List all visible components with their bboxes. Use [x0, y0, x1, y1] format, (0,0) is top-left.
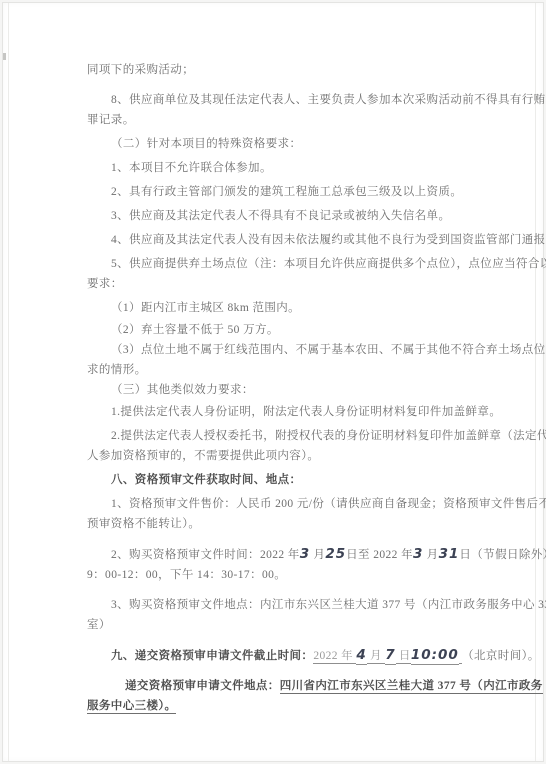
- doc-line: 递交资格预审申请文件地点：四川省内江市东兴区兰桂大道 377 号（内江市政务: [87, 676, 495, 696]
- printed-text: 8、供应商单位及其现任法定代表人、主要负责人参加本次采购活动前不得具有行贿犯: [111, 94, 546, 106]
- doc-line: 服务中心三楼）。: [87, 696, 495, 716]
- printed-text: 要求：: [87, 278, 123, 290]
- page-edge-right: [535, 3, 536, 761]
- handwritten-text: 3: [300, 546, 310, 562]
- printed-text: 3、供应商及其法定代表人不得具有不良记录或被纳入失信名单。: [111, 210, 450, 222]
- printed-text: 罪记录。: [87, 114, 135, 126]
- printed-text: 室）: [87, 619, 111, 631]
- doc-line: （3）点位土地不属于红线范围内、不属于基本农田、不属于其他不符合弃土场点位要: [87, 340, 495, 360]
- printed-text: 1.提供法定代表人身份证明，附法定代表人身份证明材料复印件加盖鲜章。: [111, 406, 501, 418]
- doc-line: （2）弃土容量不低于 50 万方。: [87, 320, 495, 340]
- printed-text: 日（节假日除外），上午: [459, 549, 546, 561]
- page-edge-left: [8, 3, 9, 761]
- doc-line: 八、资格预审文件获取时间、地点：: [87, 470, 495, 490]
- printed-text: 3、购买资格预审文件地点：内江市东兴区兰桂大道 377 号（内江市政务服务中心 …: [111, 599, 546, 611]
- doc-line: （三）其他类似效力要求：: [87, 380, 495, 400]
- printed-text: 四川省内江市东兴区兰桂大道 377 号（内江市政务: [280, 680, 543, 694]
- doc-line: （1）距内江市主城区 8km 范围内。: [87, 298, 495, 318]
- doc-line: 罪记录。: [87, 110, 495, 130]
- doc-line: 1、资格预审文件售价：人民币 200 元/份（请供应商自备现金；资格预审文件售后…: [87, 494, 495, 514]
- handwritten-text: 3: [413, 546, 423, 562]
- doc-line: 1、本项目不允许联合体参加。: [87, 158, 495, 178]
- printed-text: （1）距内江市主城区 8km 范围内。: [111, 302, 300, 314]
- printed-text: 递交资格预审申请文件地点：: [125, 680, 280, 692]
- printed-text: 日至 2022 年: [346, 549, 413, 561]
- doc-line: 3、供应商及其法定代表人不得具有不良记录或被纳入失信名单。: [87, 206, 495, 226]
- printed-text: 9：00-12：00，下午 14：30-17：00。: [87, 569, 286, 581]
- doc-line: 求的情形。: [87, 360, 495, 380]
- doc-line: 1.提供法定代表人身份证明，附法定代表人身份证明材料复印件加盖鲜章。: [87, 402, 495, 422]
- printed-text: 日: [396, 650, 411, 664]
- doc-line: 同项下的采购活动；: [87, 60, 495, 80]
- document-text-body: 同项下的采购活动；8、供应商单位及其现任法定代表人、主要负责人参加本次采购活动前…: [87, 60, 495, 716]
- doc-line: 九、递交资格预审申请文件截止时间：2022 年 4 月 7 日10:00 （北京…: [87, 645, 495, 666]
- doc-line: 2、具有行政主管部门颁发的建筑工程施工总承包三级及以上资质。: [87, 182, 495, 202]
- doc-line: 9：00-12：00，下午 14：30-17：00。: [87, 565, 495, 585]
- printed-text: 八、资格预审文件获取时间、地点：: [111, 474, 301, 486]
- doc-line: 预审资格不能转让）。: [87, 514, 495, 534]
- printed-text: 2、购买资格预审文件时间：2022 年: [111, 549, 300, 561]
- handwritten-text: 4: [356, 647, 366, 665]
- printed-text: （三）其他类似效力要求：: [111, 384, 254, 396]
- printed-text: 九、递交资格预审申请文件截止时间：: [111, 650, 313, 662]
- handwritten-text: 7: [385, 647, 395, 665]
- printed-text: 1、本项目不允许联合体参加。: [111, 162, 272, 174]
- scan-artifact-mark: [3, 53, 6, 60]
- printed-text: 2022 年: [313, 650, 356, 664]
- doc-line: 2.提供法定代表人授权委托书，附授权代表的身份证明材料复印件加盖鲜章（法定代表: [87, 426, 495, 446]
- printed-text: 预审资格不能转让）。: [87, 518, 200, 530]
- printed-text: 人参加资格预审的，不需要提供此项内容）。: [87, 450, 319, 462]
- printed-text: 月: [367, 650, 385, 664]
- printed-text: 同项下的采购活动；: [87, 64, 194, 76]
- doc-line: 8、供应商单位及其现任法定代表人、主要负责人参加本次采购活动前不得具有行贿犯: [87, 90, 495, 110]
- handwritten-text: 25: [325, 546, 346, 562]
- doc-line: 5、供应商提供弃土场点位（注：本项目允许供应商提供多个点位），点位应当符合以下: [87, 254, 495, 274]
- printed-text: 1、资格预审文件售价：人民币 200 元/份（请供应商自备现金；资格预审文件售后…: [111, 498, 546, 510]
- doc-line: 3、购买资格预审文件地点：内江市东兴区兰桂大道 377 号（内江市政务服务中心 …: [87, 595, 495, 615]
- printed-text: 2、具有行政主管部门颁发的建筑工程施工总承包三级及以上资质。: [111, 186, 462, 198]
- printed-text: 4、供应商及其法定代表人没有因未依法履约或其他不良行为受到国资监管部门通报。: [111, 234, 546, 246]
- doc-line: 人参加资格预审的，不需要提供此项内容）。: [87, 446, 495, 466]
- printed-text: （二）针对本项目的特殊资格要求：: [111, 138, 301, 150]
- printed-text: 服务中心三楼）。: [87, 700, 176, 714]
- printed-text: （3）点位土地不属于红线范围内、不属于基本农田、不属于其他不符合弃土场点位要: [111, 344, 546, 356]
- document-page: 同项下的采购活动；8、供应商单位及其现任法定代表人、主要负责人参加本次采购活动前…: [2, 2, 544, 762]
- doc-line: 2、购买资格预审文件时间：2022 年3 月25日至 2022 年3 月31日（…: [87, 544, 495, 565]
- printed-text: （2）弃土容量不低于 50 万方。: [111, 324, 279, 336]
- printed-text: 5、供应商提供弃土场点位（注：本项目允许供应商提供多个点位），点位应当符合以下: [111, 258, 546, 270]
- doc-line: 要求：: [87, 274, 495, 294]
- doc-line: 4、供应商及其法定代表人没有因未依法履约或其他不良行为受到国资监管部门通报。: [87, 230, 495, 250]
- printed-text: 求的情形。: [87, 364, 147, 376]
- doc-line: （二）针对本项目的特殊资格要求：: [87, 134, 495, 154]
- printed-text: 2.提供法定代表人授权委托书，附授权代表的身份证明材料复印件加盖鲜章（法定代表: [111, 430, 546, 442]
- handwritten-text: 10:00: [411, 647, 459, 665]
- handwritten-text: 31: [439, 546, 460, 562]
- printed-text: 月: [423, 549, 438, 561]
- printed-text: （北京时间）。: [462, 650, 540, 662]
- printed-text: 月: [310, 549, 325, 561]
- doc-line: 室）: [87, 615, 495, 635]
